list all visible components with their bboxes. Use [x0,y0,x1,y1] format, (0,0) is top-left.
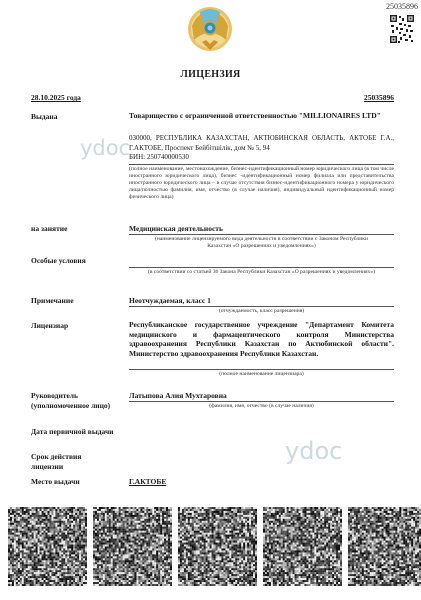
licensor-hint: (полное наименование лицензиара) [129,371,394,378]
divider [129,234,394,235]
document-title: ЛИЦЕНЗИЯ [0,69,421,80]
validity-label-line1: Срок действия [31,452,81,462]
qr-code-icon [8,507,87,586]
activity-label: на занятие [31,224,67,233]
head-label-line1: Руководитель [31,391,110,401]
qr-code-icon [348,507,421,586]
issued-to-hint: (полное наименование, местонахождение, б… [129,166,394,201]
head-value: Латыпова Алия Мухтаровна [129,391,394,400]
document-number-top: 25035896 [386,2,418,11]
place-of-issue-value: Г.АКТОБЕ [129,477,166,486]
note-label: Примечание [31,296,74,305]
licensee-name: Товарищество с ограниченной ответственно… [129,111,394,121]
licensor-value: Республиканское государственное учрежден… [129,320,394,358]
issued-to-label: Выдана [31,112,57,121]
qr-code-icon [93,507,172,586]
registration-number: 25035896 [364,93,394,102]
issue-date: 28.10.2025 года [31,93,81,102]
activity-hint: (наименование лицензируемого вида деятел… [129,236,394,250]
note-hint: (отчуждаемость, класс разрешения) [129,308,394,315]
special-conditions-hint: (в соответствии со статьей 36 Закона Рес… [129,269,394,276]
divider [129,267,394,268]
first-issue-date-label: Дата первичной выдачи [31,427,114,436]
qr-code-icon [263,507,342,586]
kazakhstan-state-emblem-icon [186,4,234,54]
licensee-address: 030000, РЕСПУБЛИКА КАЗАХСТАН, АКТЮБИНСКА… [129,134,394,153]
note-value: Неотчуждаемая, класс 1 [129,296,394,305]
head-label: Руководитель (уполномоченное лицо) [31,391,110,411]
qr-code-icon [178,507,257,586]
divider [129,306,394,307]
qr-code-icon [389,14,415,44]
activity-value: Медицинская деятельность [129,224,394,233]
divider [129,164,394,165]
licensor-label: Лицензиар [31,321,68,330]
validity-label-line2: лицензии [31,462,81,472]
special-conditions-label: Особые условия [31,256,86,265]
licensee-bin: БИН: 250740000530 [129,153,394,161]
watermark: ydoc [80,136,130,160]
validity-label: Срок действия лицензии [31,452,81,472]
head-label-line2: (уполномоченное лицо) [31,401,110,411]
qr-code-strip [8,507,421,586]
divider [129,369,394,370]
place-of-issue-label: Место выдачи [31,477,80,486]
watermark: ydoc [285,437,342,465]
divider [129,401,394,402]
head-hint: (фамилия, имя, отчество (в случае наличи… [129,403,394,410]
